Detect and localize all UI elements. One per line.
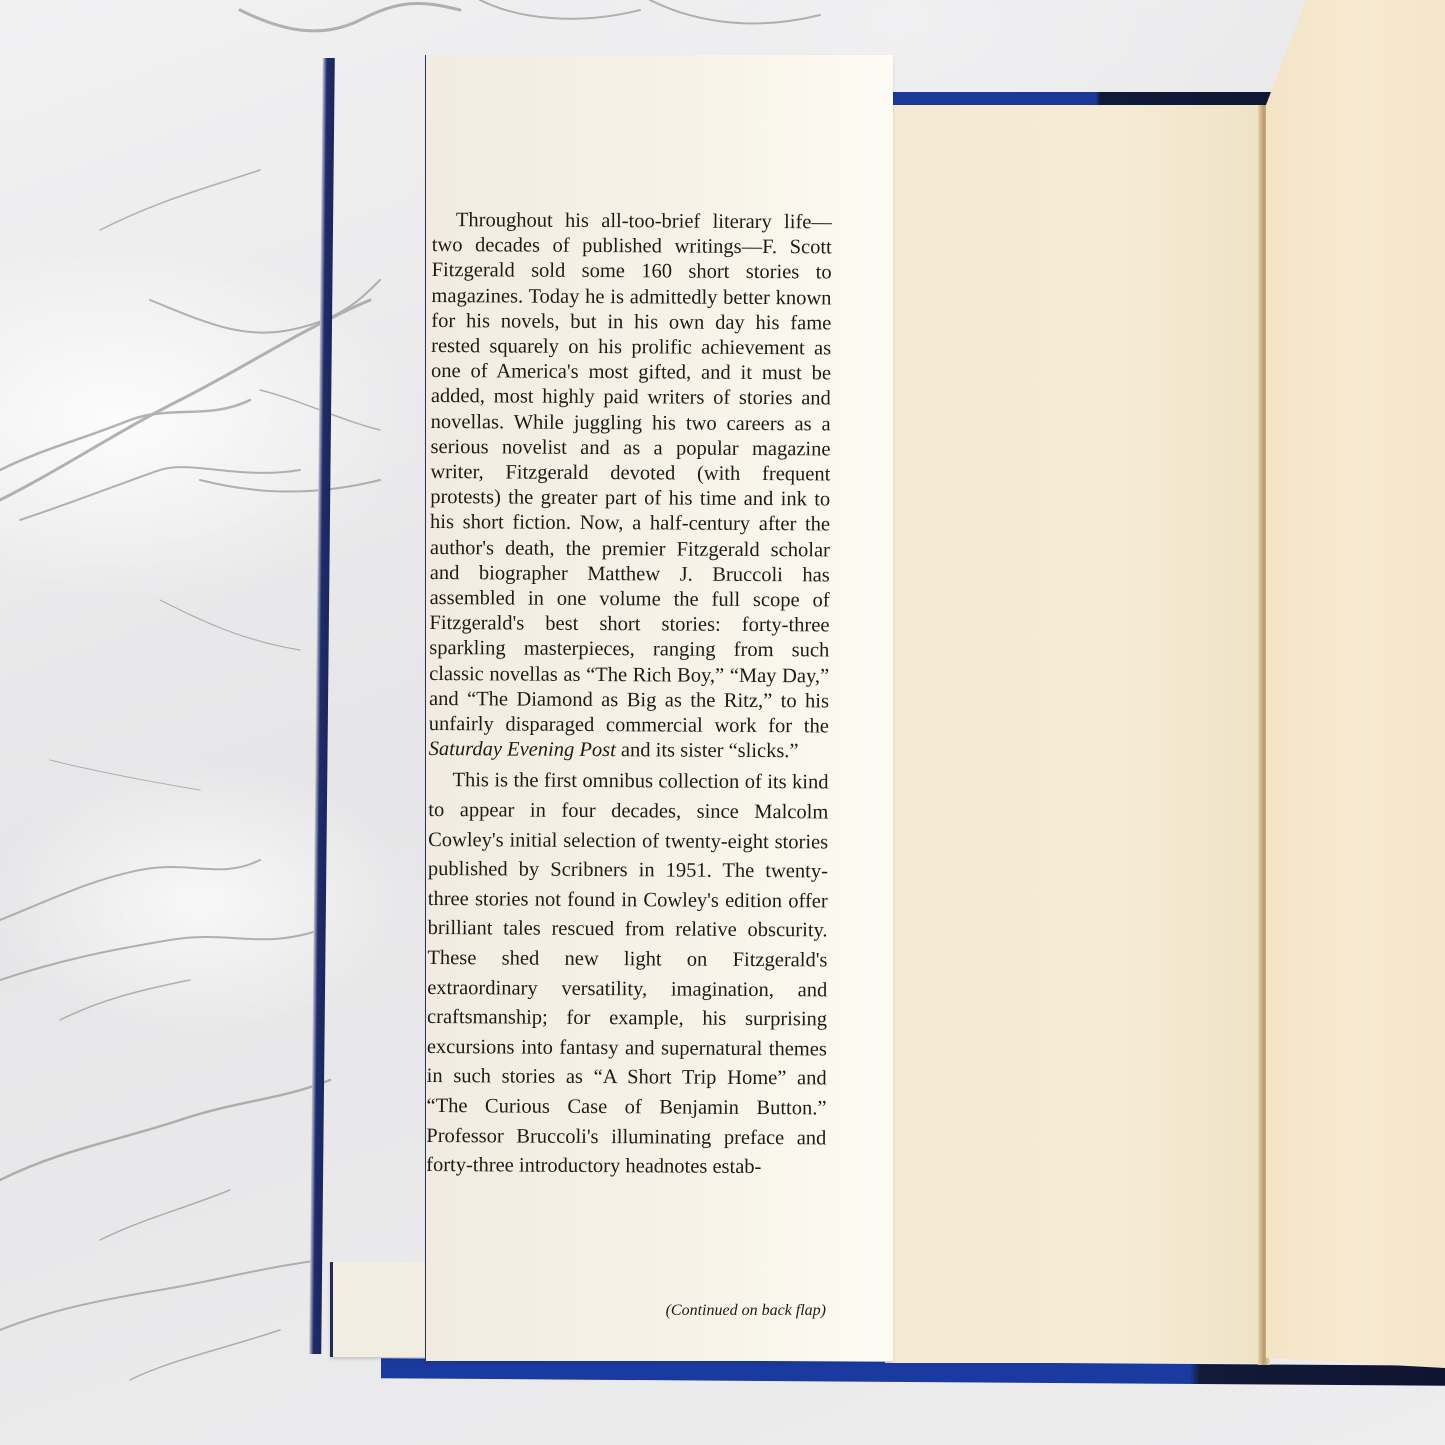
flyleaf-right[interactable] [1266, 0, 1445, 1368]
flap-copy: Throughout his all-too-brief literary li… [426, 208, 832, 1183]
endpaper-left [885, 105, 1263, 1363]
book-cover-top-edge [888, 92, 1288, 106]
paragraph-1-text: Throughout his all-too-brief literary li… [429, 209, 832, 737]
publication-title: Saturday Evening Post [429, 738, 616, 761]
flap-paragraph-1: Throughout his all-too-brief literary li… [429, 208, 832, 765]
continued-note: (Continued on back flap) [636, 1302, 826, 1320]
jacket-fold [330, 1262, 433, 1357]
flap-paragraph-2: This is the first omnibus collection of … [426, 766, 829, 1183]
paragraph-1-tail: and its sister “slicks.” [616, 739, 799, 762]
